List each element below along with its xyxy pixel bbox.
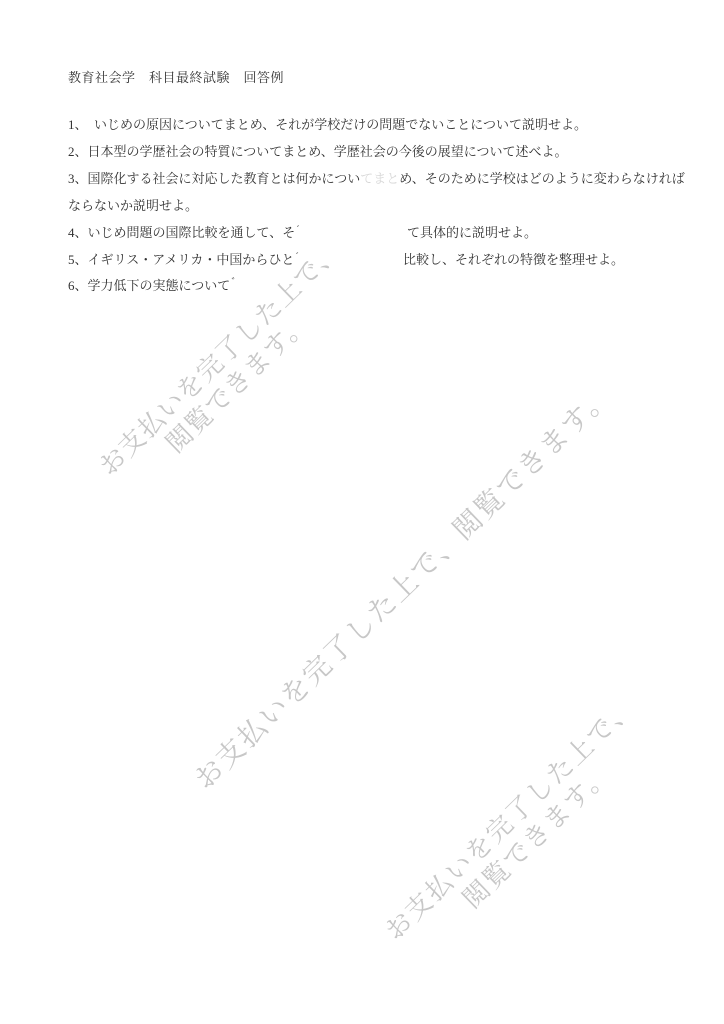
question-6-left-text: 6、学力低下の実態について: [68, 278, 230, 293]
question-5-left-text: 5、イギリス・アメリカ・中国からひと: [68, 252, 294, 267]
question-3-line-2: ならないか説明せよ。: [68, 197, 724, 214]
question-5: 5、イギリス・アメリカ・中国からひと´ 比較し、それぞれの特徴を整理せよ。: [68, 251, 724, 270]
document-title: 教育社会学 科目最終試験 回答例: [68, 69, 724, 86]
question-3-text-faded: てまと: [360, 171, 399, 186]
question-1-text: 1、 いじめの原因についてまとめ、それが学校だけの問題でないことについて説明せよ…: [68, 117, 587, 132]
question-3-line-2-text: ならないか説明せよ。: [68, 198, 198, 213]
question-3-text-start: 3、国際化する社会に対応した教育とは何かについ: [68, 171, 360, 186]
question-4: 4、いじめ問題の国際比較を通して、そ´ て具体的に説明せよ。: [68, 224, 724, 243]
clipped-char-tick: ´: [295, 252, 298, 263]
watermark-bottom-right: お支払いを完了した上で、 閲覧できます。: [379, 691, 663, 969]
question-4-right-text: て具体的に説明せよ。: [407, 224, 537, 241]
watermark-line-2: 閲覧できます。: [400, 713, 663, 968]
question-6: 6、学力低下の実態について゛: [68, 277, 724, 296]
watermark-top-left: お支払いを完了した上で、 閲覧できます。: [93, 235, 367, 503]
question-1: 1、 いじめの原因についてまとめ、それが学校だけの問題でないことについて説明せよ…: [68, 116, 724, 133]
question-2-text: 2、日本型の学歴社会の特質についてまとめ、学歴社会の今後の展望について述べよ。: [68, 144, 567, 159]
watermark-line-1: お支払いを完了した上で、: [93, 235, 347, 481]
document-page: お支払いを完了した上で、 閲覧できます。 お支払いを完了した上で、閲覧できます。…: [0, 0, 724, 1024]
question-3-text-end: め、そのために学校はどのように変わらなければ: [399, 171, 684, 186]
watermark-line-1: お支払いを完了した上で、: [379, 691, 642, 946]
watermark-middle: お支払いを完了した上で、閲覧できます。: [184, 375, 620, 798]
question-2: 2、日本型の学歴社会の特質についてまとめ、学歴社会の今後の展望について述べよ。: [68, 143, 724, 160]
clipped-char-tick: ´: [296, 225, 299, 236]
clipped-char-tick: ゛: [231, 278, 241, 289]
question-5-right-text: 比較し、それぞれの特徴を整理せよ。: [403, 251, 624, 268]
question-4-left-text: 4、いじめ問題の国際比較を通して、そ: [68, 225, 295, 240]
question-3-line-1: 3、国際化する社会に対応した教育とは何かについてまとめ、そのために学校はどのよう…: [68, 170, 724, 187]
